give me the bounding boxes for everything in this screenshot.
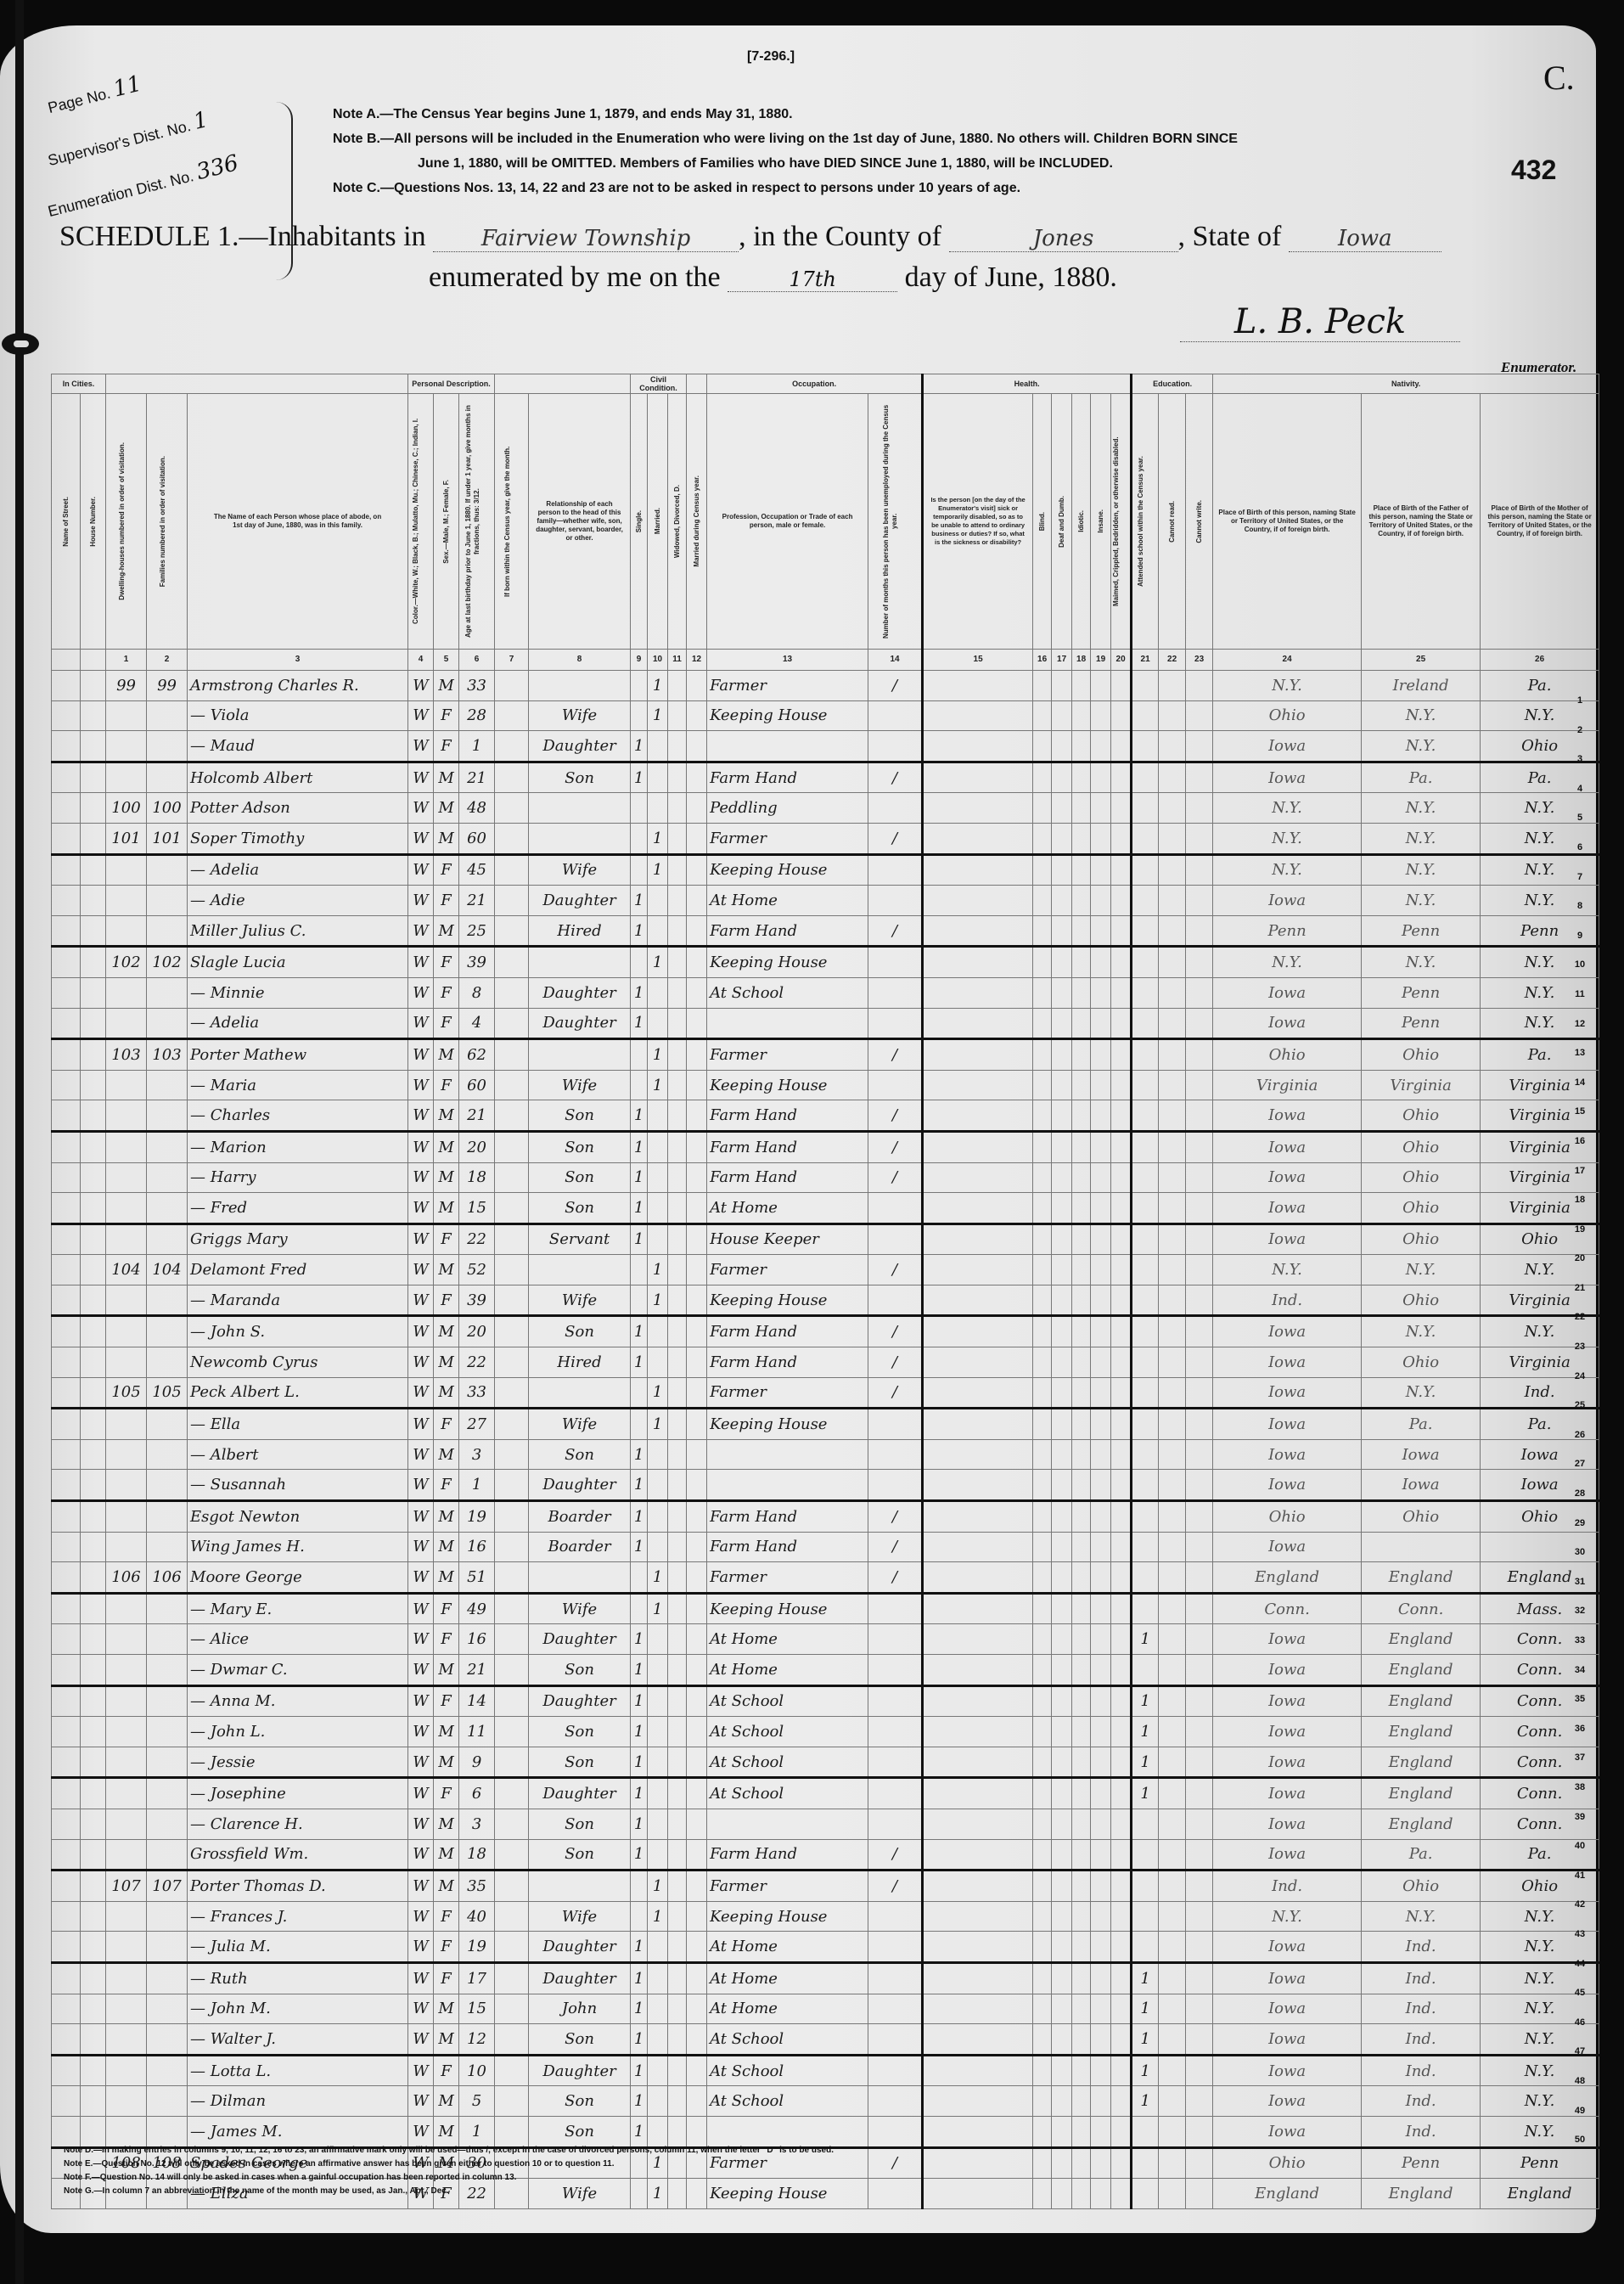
sickness-cell (923, 1100, 1033, 1132)
table-row: — AliceWF16Daughter1At Home1IowaEnglandC… (52, 1624, 1599, 1655)
dwelling-number (106, 977, 147, 1008)
cannot-read-cell (1159, 947, 1186, 978)
unemployed-cell: / (868, 1377, 923, 1409)
street-cell (52, 1839, 81, 1871)
sickness-cell (923, 1039, 1033, 1071)
group-occupation: Occupation. (707, 374, 923, 394)
cannot-write-cell (1186, 886, 1213, 916)
house-cell (81, 977, 106, 1008)
married-cell (648, 1809, 668, 1839)
street-cell (52, 1409, 81, 1440)
maimed-cell (1111, 1377, 1132, 1409)
idiotic-cell (1072, 671, 1091, 701)
born-month-cell (495, 793, 529, 824)
sickness-cell (923, 1562, 1033, 1594)
birthplace-person: Iowa (1213, 1470, 1362, 1501)
street-cell (52, 1255, 81, 1285)
unemployed-cell: / (868, 823, 923, 854)
unemployed-cell (868, 1655, 923, 1686)
widowed-cell (668, 1100, 687, 1132)
age-cell: 21 (459, 886, 495, 916)
dwelling-number (106, 1285, 147, 1316)
deaf-cell (1052, 1778, 1072, 1809)
blind-cell (1033, 1962, 1052, 1994)
birthplace-father: N.Y. (1362, 700, 1481, 731)
cannot-write-cell (1186, 1593, 1213, 1624)
birthplace-father: Ind. (1362, 2116, 1481, 2147)
cannot-read-cell (1159, 1778, 1186, 1809)
sickness-cell (923, 1409, 1033, 1440)
occupation-cell: Farm Hand (707, 1839, 868, 1871)
color-cell: W (408, 854, 434, 886)
person-name: — Dwmar C. (188, 1655, 408, 1686)
born-month-cell (495, 700, 529, 731)
house-cell (81, 1224, 106, 1255)
blind-cell (1033, 1409, 1052, 1440)
unemployed-cell: / (868, 1501, 923, 1533)
street-cell (52, 886, 81, 916)
occupation-cell (707, 1809, 868, 1839)
age-cell: 22 (459, 1224, 495, 1255)
widowed-cell (668, 1501, 687, 1533)
born-month-cell (495, 1747, 529, 1778)
birthplace-father: Pa. (1362, 762, 1481, 793)
color-cell: W (408, 1316, 434, 1347)
color-cell: W (408, 1994, 434, 2024)
line-number: 39 (1567, 1803, 1593, 1832)
color-cell: W (408, 1962, 434, 1994)
maimed-cell (1111, 1470, 1132, 1501)
house-cell (81, 1562, 106, 1594)
cannot-write-cell (1186, 2024, 1213, 2056)
maimed-cell (1111, 731, 1132, 762)
married-cell: 1 (648, 1871, 668, 1902)
born-month-cell (495, 1470, 529, 1501)
insane-cell (1091, 700, 1111, 731)
family-number (147, 762, 188, 793)
relationship-cell: Daughter (529, 1624, 631, 1655)
sex-cell: F (434, 1624, 459, 1655)
school-cell: 1 (1132, 1747, 1159, 1778)
enumeration-day: 17th (728, 267, 897, 292)
street-cell (52, 1470, 81, 1501)
color-cell: W (408, 1100, 434, 1132)
age-cell: 11 (459, 1717, 495, 1747)
blind-cell (1033, 1039, 1052, 1071)
column-number (52, 650, 81, 671)
family-number (147, 1962, 188, 1994)
enumerated-prefix: enumerated by me on the (429, 262, 721, 293)
line-number: 19 (1567, 1215, 1593, 1245)
line-number: 6 (1567, 833, 1593, 863)
blind-cell (1033, 886, 1052, 916)
maimed-cell (1111, 1685, 1132, 1717)
blind-cell (1033, 1901, 1052, 1932)
table-row: — EllaWF27Wife1Keeping HouseIowaPa.Pa. (52, 1409, 1599, 1440)
birthplace-father: N.Y. (1362, 947, 1481, 978)
dwelling-number (106, 1501, 147, 1533)
col-street: Name of Street. (62, 497, 70, 547)
person-name: Newcomb Cyrus (188, 1347, 408, 1378)
house-cell (81, 2024, 106, 2056)
table-row: Griggs MaryWF22Servant1House KeeperIowaO… (52, 1224, 1599, 1255)
sickness-cell (923, 1193, 1033, 1224)
birthplace-father: Ind. (1362, 1962, 1481, 1994)
house-cell (81, 793, 106, 824)
widowed-cell (668, 1470, 687, 1501)
table-row: — CharlesWM21Son1Farm Hand/IowaOhioVirgi… (52, 1100, 1599, 1132)
family-number (147, 1162, 188, 1193)
born-month-cell (495, 1839, 529, 1871)
maimed-cell (1111, 1409, 1132, 1440)
table-row: 105105Peck Albert L.WM331Farmer/IowaN.Y.… (52, 1377, 1599, 1409)
relationship-cell: Son (529, 1839, 631, 1871)
group-health: Health. (923, 374, 1132, 394)
table-row: — John M.WM15John1At Home1IowaInd.N.Y. (52, 1994, 1599, 2024)
birthplace-person: Iowa (1213, 886, 1362, 916)
cannot-read-cell (1159, 1655, 1186, 1686)
street-cell (52, 1655, 81, 1686)
street-cell (52, 1193, 81, 1224)
person-name: — James M. (188, 2116, 408, 2147)
house-cell (81, 1778, 106, 1809)
cannot-write-cell (1186, 1562, 1213, 1594)
birthplace-person: Iowa (1213, 2055, 1362, 2086)
sex-cell: M (434, 1501, 459, 1533)
born-month-cell (495, 2024, 529, 2056)
color-cell: W (408, 1224, 434, 1255)
school-cell (1132, 2116, 1159, 2147)
cannot-read-cell (1159, 731, 1186, 762)
age-cell: 3 (459, 1809, 495, 1839)
school-cell (1132, 1070, 1159, 1100)
column-number: 15 (923, 650, 1033, 671)
street-cell (52, 762, 81, 793)
street-cell (52, 1162, 81, 1193)
idiotic-cell (1072, 1562, 1091, 1594)
birthplace-father: Virginia (1362, 1070, 1481, 1100)
deaf-cell (1052, 1532, 1072, 1562)
person-name: — Marion (188, 1131, 408, 1162)
color-cell: W (408, 1624, 434, 1655)
sex-cell: M (434, 1131, 459, 1162)
street-cell (52, 1285, 81, 1316)
single-cell: 1 (631, 1501, 648, 1533)
cannot-write-cell (1186, 977, 1213, 1008)
color-cell: W (408, 793, 434, 824)
dwelling-number (106, 1070, 147, 1100)
birthplace-person: Iowa (1213, 1316, 1362, 1347)
relationship-cell: John (529, 1994, 631, 2024)
col-house: House Number. (89, 497, 98, 547)
house-cell (81, 1347, 106, 1378)
school-cell: 1 (1132, 1994, 1159, 2024)
family-number: 103 (147, 1039, 188, 1071)
street-cell (52, 2086, 81, 2117)
maimed-cell (1111, 1717, 1132, 1747)
school-cell (1132, 854, 1159, 886)
married-cell (648, 1100, 668, 1132)
form-code: [7-296.] (747, 49, 795, 65)
line-number: 7 (1567, 863, 1593, 892)
deaf-cell (1052, 731, 1072, 762)
line-number: 18 (1567, 1185, 1593, 1215)
street-cell (52, 823, 81, 854)
married-year-cell (687, 793, 707, 824)
table-row: 100100Potter AdsonWM48PeddlingN.Y.N.Y.N.… (52, 793, 1599, 824)
maimed-cell (1111, 1624, 1132, 1655)
street-cell (52, 731, 81, 762)
unemployed-cell (868, 1193, 923, 1224)
col-single: Single. (635, 510, 643, 532)
family-number (147, 915, 188, 947)
born-month-cell (495, 1501, 529, 1533)
single-cell (631, 1255, 648, 1285)
maimed-cell (1111, 1778, 1132, 1809)
unemployed-cell (868, 1409, 923, 1440)
deaf-cell (1052, 793, 1072, 824)
color-cell: W (408, 1593, 434, 1624)
line-number: 16 (1567, 1127, 1593, 1156)
school-cell (1132, 1285, 1159, 1316)
family-number (147, 1932, 188, 1963)
cannot-write-cell (1186, 1501, 1213, 1533)
birthplace-person: Iowa (1213, 1962, 1362, 1994)
note-b: Note B.—All persons will be included in … (333, 127, 1238, 151)
line-number: 29 (1567, 1509, 1593, 1539)
idiotic-cell (1072, 886, 1091, 916)
widowed-cell (668, 2055, 687, 2086)
person-name: — Lotta L. (188, 2055, 408, 2086)
single-cell: 1 (631, 2116, 648, 2147)
single-cell (631, 1901, 648, 1932)
sex-cell: M (434, 793, 459, 824)
single-cell: 1 (631, 1717, 648, 1747)
idiotic-cell (1072, 1100, 1091, 1132)
school-cell (1132, 1593, 1159, 1624)
age-cell: 60 (459, 823, 495, 854)
person-name: — John L. (188, 1717, 408, 1747)
unemployed-cell (868, 1285, 923, 1316)
relationship-cell: Wife (529, 1901, 631, 1932)
married-cell: 1 (648, 1070, 668, 1100)
married-year-cell (687, 1316, 707, 1347)
cannot-write-cell (1186, 731, 1213, 762)
insane-cell (1091, 1593, 1111, 1624)
blind-cell (1033, 977, 1052, 1008)
col-relationship: Relationship of each person to the head … (529, 394, 631, 650)
unemployed-cell: / (868, 1871, 923, 1902)
married-cell: 1 (648, 1039, 668, 1071)
unemployed-cell: / (868, 1162, 923, 1193)
deaf-cell (1052, 1347, 1072, 1378)
line-number: 44 (1567, 1949, 1593, 1979)
born-month-cell (495, 1439, 529, 1470)
line-number: 3 (1567, 745, 1593, 774)
married-year-cell (687, 2116, 707, 2147)
married-cell (648, 1131, 668, 1162)
unemployed-cell: / (868, 1839, 923, 1871)
married-year-cell (687, 1685, 707, 1717)
cannot-read-cell (1159, 1685, 1186, 1717)
color-cell: W (408, 2116, 434, 2147)
school-cell (1132, 1839, 1159, 1871)
color-cell: W (408, 1717, 434, 1747)
sex-cell: M (434, 1655, 459, 1686)
street-cell (52, 1224, 81, 1255)
column-number: 17 (1052, 650, 1072, 671)
born-month-cell (495, 1932, 529, 1963)
idiotic-cell (1072, 1255, 1091, 1285)
unemployed-cell: / (868, 2147, 923, 2179)
married-year-cell (687, 762, 707, 793)
occupation-cell: Farm Hand (707, 1501, 868, 1533)
cannot-write-cell (1186, 700, 1213, 731)
column-number: 19 (1091, 650, 1111, 671)
cannot-write-cell (1186, 1162, 1213, 1193)
widowed-cell (668, 1347, 687, 1378)
family-number (147, 2055, 188, 2086)
color-cell: W (408, 1409, 434, 1440)
line-number: 24 (1567, 1362, 1593, 1392)
house-cell (81, 1008, 106, 1039)
insane-cell (1091, 1255, 1111, 1285)
occupation-cell: At Home (707, 1994, 868, 2024)
person-name: Porter Mathew (188, 1039, 408, 1071)
unemployed-cell: / (868, 1347, 923, 1378)
idiotic-cell (1072, 2024, 1091, 2056)
married-year-cell (687, 1347, 707, 1378)
widowed-cell (668, 793, 687, 824)
family-number (147, 1532, 188, 1562)
cannot-write-cell (1186, 1377, 1213, 1409)
maimed-cell (1111, 1562, 1132, 1594)
street-cell (52, 1871, 81, 1902)
blind-cell (1033, 1532, 1052, 1562)
maimed-cell (1111, 2055, 1132, 2086)
insane-cell (1091, 1316, 1111, 1347)
dwelling-number (106, 915, 147, 947)
single-cell: 1 (631, 1316, 648, 1347)
color-cell: W (408, 947, 434, 978)
dwelling-number (106, 1747, 147, 1778)
person-name: — Minnie (188, 977, 408, 1008)
line-number: 5 (1567, 803, 1593, 833)
birthplace-father (1362, 1532, 1481, 1562)
sickness-cell (923, 1962, 1033, 1994)
widowed-cell (668, 1070, 687, 1100)
single-cell (631, 1285, 648, 1316)
single-cell: 1 (631, 1008, 648, 1039)
deaf-cell (1052, 1008, 1072, 1039)
cannot-write-cell (1186, 1224, 1213, 1255)
married-year-cell (687, 2055, 707, 2086)
family-number (147, 1224, 188, 1255)
age-cell: 49 (459, 1593, 495, 1624)
widowed-cell (668, 823, 687, 854)
street-cell (52, 1039, 81, 1071)
born-month-cell (495, 1717, 529, 1747)
street-cell (52, 1008, 81, 1039)
street-cell (52, 1747, 81, 1778)
family-number: 99 (147, 671, 188, 701)
maimed-cell (1111, 977, 1132, 1008)
married-cell (648, 1193, 668, 1224)
birthplace-father: Ohio (1362, 1100, 1481, 1132)
brace-divider (276, 102, 293, 280)
cannot-write-cell (1186, 2116, 1213, 2147)
sickness-cell (923, 1593, 1033, 1624)
age-cell: 35 (459, 1871, 495, 1902)
deaf-cell (1052, 1593, 1072, 1624)
dwelling-number: 102 (106, 947, 147, 978)
born-month-cell (495, 1809, 529, 1839)
col-cannot-write: Cannot write. (1195, 500, 1204, 543)
widowed-cell (668, 671, 687, 701)
married-year-cell (687, 731, 707, 762)
relationship-cell (529, 1255, 631, 1285)
line-number: 37 (1567, 1743, 1593, 1773)
house-cell (81, 2086, 106, 2117)
dwelling-number (106, 762, 147, 793)
house-cell (81, 1409, 106, 1440)
sex-cell: M (434, 1839, 459, 1871)
birthplace-person: N.Y. (1213, 823, 1362, 854)
school-cell: 1 (1132, 1685, 1159, 1717)
birthplace-person: N.Y. (1213, 671, 1362, 701)
insane-cell (1091, 2024, 1111, 2056)
idiotic-cell (1072, 1624, 1091, 1655)
line-number: 33 (1567, 1626, 1593, 1656)
cannot-read-cell (1159, 1501, 1186, 1533)
widowed-cell (668, 1562, 687, 1594)
sickness-cell (923, 977, 1033, 1008)
birthplace-person: Iowa (1213, 1747, 1362, 1778)
relationship-cell: Wife (529, 1070, 631, 1100)
birthplace-person: Iowa (1213, 1655, 1362, 1686)
house-cell (81, 731, 106, 762)
school-cell (1132, 1316, 1159, 1347)
cannot-write-cell (1186, 1470, 1213, 1501)
widowed-cell (668, 1409, 687, 1440)
born-month-cell (495, 1193, 529, 1224)
maimed-cell (1111, 2147, 1132, 2179)
deaf-cell (1052, 1809, 1072, 1839)
school-cell (1132, 1932, 1159, 1963)
sickness-cell (923, 1439, 1033, 1470)
sex-cell: F (434, 886, 459, 916)
column-number: 22 (1159, 650, 1186, 671)
cannot-write-cell (1186, 1008, 1213, 1039)
birthplace-father: Penn (1362, 977, 1481, 1008)
house-cell (81, 1532, 106, 1562)
column-number: 8 (529, 650, 631, 671)
idiotic-cell (1072, 1162, 1091, 1193)
cannot-read-cell (1159, 2086, 1186, 2117)
blind-cell (1033, 1747, 1052, 1778)
family-number (147, 1747, 188, 1778)
widowed-cell (668, 915, 687, 947)
age-cell: 10 (459, 2055, 495, 2086)
family-number (147, 1994, 188, 2024)
unemployed-cell (868, 2086, 923, 2117)
line-number: 15 (1567, 1097, 1593, 1127)
unemployed-cell (868, 1624, 923, 1655)
married-cell: 1 (648, 1562, 668, 1594)
family-number: 102 (147, 947, 188, 978)
person-name: Potter Adson (188, 793, 408, 824)
sickness-cell (923, 1347, 1033, 1378)
